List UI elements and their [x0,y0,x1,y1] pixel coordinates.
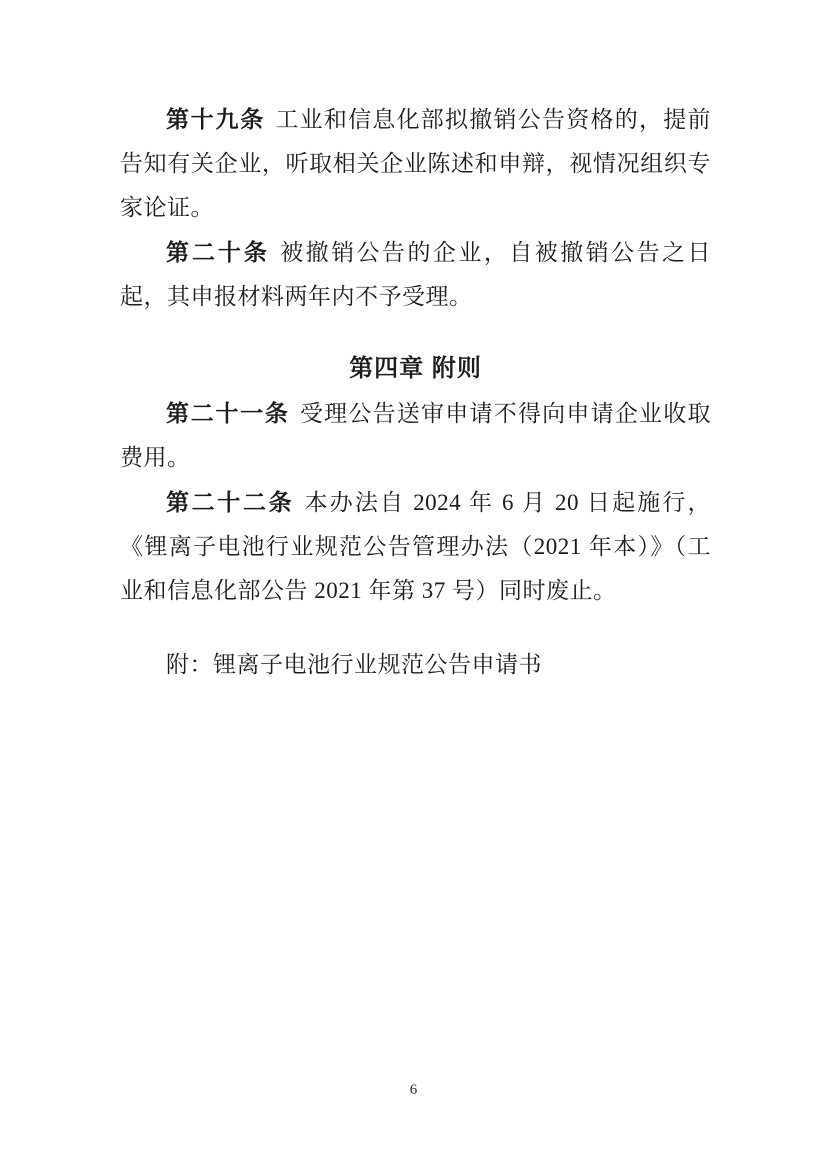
chapter-heading: 第四章 附则 [120,347,711,391]
article-21-number: 第二十一条 [166,400,290,426]
article-19-number: 第十九条 [166,106,265,132]
article-19-paragraph: 第十九条工业和信息化部拟撤销公告资格的，提前告知有关企业，听取相关企业陈述和申辩… [120,97,711,230]
document-page: 第十九条工业和信息化部拟撤销公告资格的，提前告知有关企业，听取相关企业陈述和申辩… [0,0,827,1170]
article-22-paragraph: 第二十二条本办法自 2024 年 6 月 20 日起施行，《锂离子电池行业规范公… [120,480,711,613]
article-20-number: 第二十条 [166,239,270,265]
page-number: 6 [0,1082,827,1099]
article-20-paragraph: 第二十条被撤销公告的企业，自被撤销公告之日起，其申报材料两年内不予受理。 [120,230,711,319]
document-body: 第十九条工业和信息化部拟撤销公告资格的，提前告知有关企业，听取相关企业陈述和申辩… [0,0,827,687]
article-22-number: 第二十二条 [166,489,294,515]
attachment-note: 附：锂离子电池行业规范公告申请书 [120,643,711,687]
article-21-paragraph: 第二十一条受理公告送审申请不得向申请企业收取费用。 [120,391,711,480]
